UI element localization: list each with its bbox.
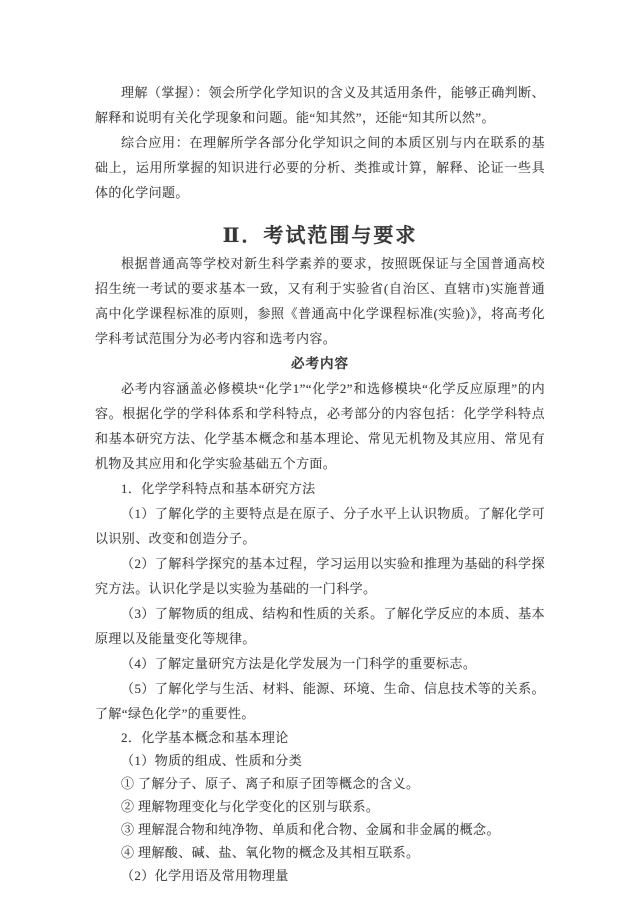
page-number: 2: [0, 818, 640, 833]
topic1-item-2: （2）了解科学探究的基本过程，学习运用以实验和推理为基础的科学探究方法。认识化学…: [95, 551, 545, 601]
topic1-item-5: （5）了解化学与生活、材料、能源、环境、生命、信息技术等的关系。了解“绿色化学”…: [95, 676, 545, 726]
topic2-block: 2．化学基本概念和基本理论 （1）物质的组成、性质和分类 ① 了解分子、原子、离…: [95, 726, 545, 887]
paragraph-understand-level: 理解（掌握）：领会所学化学知识的含义及其适用条件，能够正确判断、解释和说明有关化…: [95, 80, 545, 130]
topic1-item-3: （3）了解物质的组成、结构和性质的关系。了解化学反应的本质、基本原理以及能量变化…: [95, 601, 545, 651]
topic2-sub1-item-2: ② 理解物理变化与化学变化的区别与联系。: [95, 795, 545, 818]
text-block: 理解（掌握）：领会所学化学知识的含义及其适用条件，能够正确判断、解释和说明有关化…: [95, 0, 545, 887]
topic1-item-4: （4）了解定量研究方法是化学发展为一门科学的重要标志。: [95, 651, 545, 676]
topic1-item-1: （1）了解化学的主要特点是在原子、分子水平上认识物质。了解化学可以识别、改变和创…: [95, 501, 545, 551]
topic1-heading: 1．化学学科特点和基本研究方法: [95, 476, 545, 501]
topic2-heading: 2．化学基本概念和基本理论: [95, 726, 545, 749]
paragraph-apply-level: 综合应用：在理解所学各部分化学知识之间的本质区别与内在联系的基础上，运用所掌握的…: [95, 130, 545, 205]
topic2-sub1-item-1: ① 了解分子、原子、离子和原子团等概念的含义。: [95, 772, 545, 795]
document-page: 理解（掌握）：领会所学化学知识的含义及其适用条件，能够正确判断、解释和说明有关化…: [0, 0, 640, 905]
section-intro-paragraph: 根据普通高等学校对新生科学素养的要求，按照既保证与全国普通高校招生统一考试的要求…: [95, 251, 545, 351]
required-content-intro: 必考内容涵盖必修模块“化学1”“化学2”和选修模块“化学反应原理”的内容。根据化…: [95, 376, 545, 476]
topic2-sub1-item-4: ④ 理解酸、碱、盐、氧化物的概念及其相互联系。: [95, 841, 545, 864]
required-content-heading: 必考内容: [95, 351, 545, 376]
topic2-sub1-heading: （1）物质的组成、性质和分类: [95, 749, 545, 772]
topic2-sub2-heading: （2）化学用语及常用物理量: [95, 864, 545, 887]
section-title: Ⅱ．考试范围与要求: [95, 221, 545, 251]
